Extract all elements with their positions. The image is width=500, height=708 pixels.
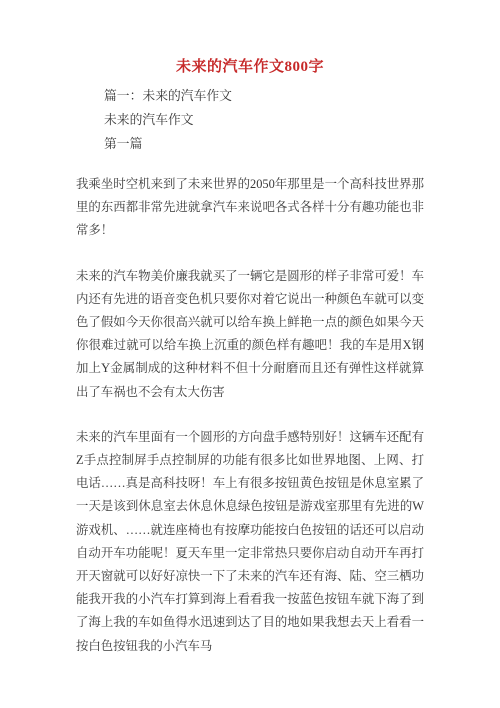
meta-block: 篇一：未来的汽车作文 未来的汽车作文 第一篇 bbox=[76, 84, 424, 156]
essay-paragraph-2: 未来的汽车物美价廉我就买了一辆它是圆形的样子非常可爱！车内还有先进的语音变色机只… bbox=[76, 265, 424, 404]
essay-paragraph-1: 我乘坐时空机来到了未来世界的2050年那里是一个高科技世界那里的东西都非常先进就… bbox=[76, 173, 424, 243]
essay-title: 未来的汽车作文800字 bbox=[76, 56, 424, 78]
meta-line-part-label: 篇一：未来的汽车作文 bbox=[104, 84, 424, 108]
essay-paragraph-3: 未来的汽车里面有一个圆形的方向盘手感特别好！这辆车还配有Z手点控制屏手点控制屏的… bbox=[76, 426, 424, 658]
meta-line-chapter: 第一篇 bbox=[104, 132, 424, 156]
meta-line-subtitle: 未来的汽车作文 bbox=[104, 108, 424, 132]
essay-page: 未来的汽车作文800字 篇一：未来的汽车作文 未来的汽车作文 第一篇 我乘坐时空… bbox=[0, 0, 500, 708]
